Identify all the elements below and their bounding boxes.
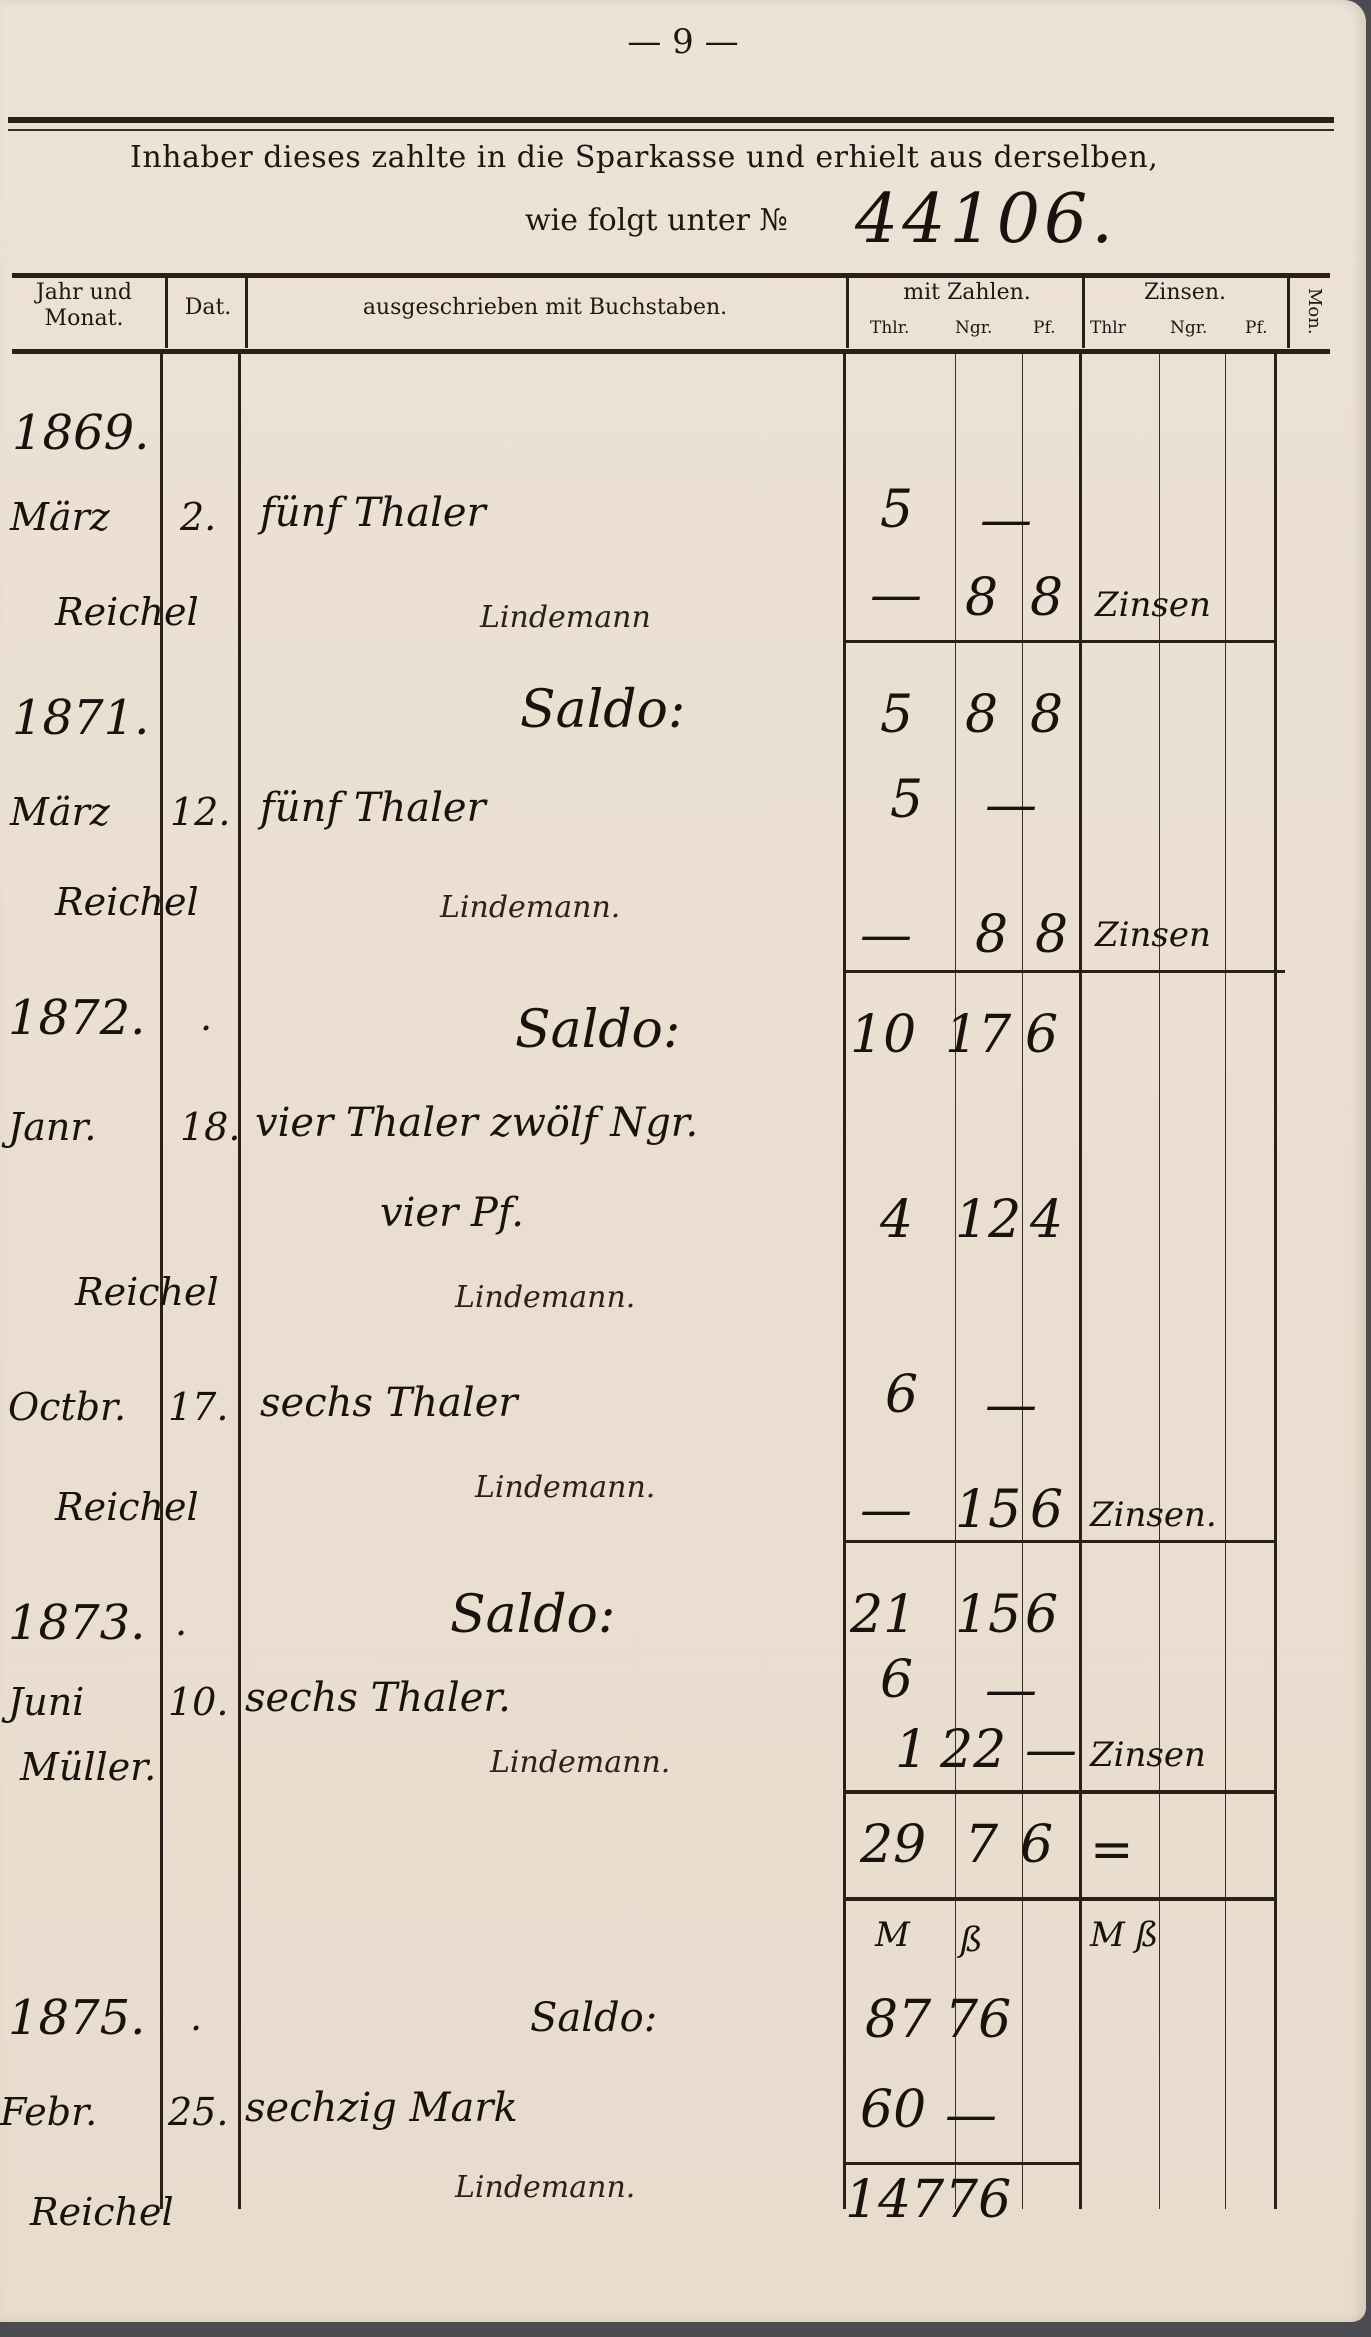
entry-thlr: 5	[880, 480, 913, 540]
top-rule-thick	[8, 117, 1334, 123]
entry-pf: 6	[1020, 1815, 1053, 1875]
page-number: — 9 —	[0, 22, 1366, 62]
entry-thlr: 5	[880, 685, 913, 745]
entry-year: 1872.	[8, 990, 145, 1046]
entry-date: 10.	[168, 1680, 228, 1724]
entry-interest: Zinsen	[1090, 1735, 1206, 1775]
column-line-thlr	[843, 354, 846, 2209]
entry-signature-left: Müller.	[20, 1745, 156, 1789]
entry-signature-left: Reichel	[55, 880, 199, 924]
entry-ngr: 17	[945, 1005, 1011, 1065]
header-numbers: mit Zahlen.	[852, 280, 1082, 306]
column-line-pf	[1022, 354, 1023, 2209]
header-numbers-ngr: Ngr.	[955, 318, 992, 338]
entry-date: .	[200, 995, 212, 1039]
entry-signature-left: Reichel	[75, 1270, 219, 1314]
entry-interest: Zinsen.	[1090, 1495, 1217, 1535]
entry-year: 1873.	[8, 1595, 145, 1651]
entry-signature: Lindemann.	[490, 1745, 670, 1780]
top-rule-thin	[8, 129, 1334, 131]
header-rule-bottom	[12, 349, 1330, 354]
header-date: Dat.	[170, 295, 246, 321]
entry-saldo-label: Saldo:	[515, 1000, 680, 1060]
entry-signature: Lindemann.	[440, 890, 620, 925]
entry-month: März	[10, 790, 110, 834]
entry-pf: 8	[1030, 568, 1063, 628]
sum-rule	[845, 640, 1275, 643]
entry-text: fünf Thaler	[260, 785, 486, 831]
entry-date: 12.	[170, 790, 230, 834]
entry-signature-left: Reichel	[30, 2190, 174, 2234]
entry-date: 18.	[180, 1105, 240, 1149]
entry-ngr: 76	[945, 2170, 1011, 2230]
entry-thlr: 147	[845, 2170, 944, 2230]
entry-pf: —	[1025, 1720, 1077, 1780]
entry-ngr: 76	[945, 1990, 1011, 2050]
entry-thlr: 29	[860, 1815, 926, 1875]
header-rule-top	[12, 273, 1330, 278]
entry-date: 17.	[168, 1385, 228, 1429]
column-line-interest	[1079, 354, 1082, 2209]
entry-ngr: 12	[955, 1190, 1021, 1250]
intro-text-line-1: Inhaber dieses zahlte in die Sparkasse u…	[130, 140, 1158, 175]
entry-thlr: —	[860, 1480, 912, 1540]
entry-pf: 6	[1025, 1585, 1058, 1645]
sum-rule	[845, 2162, 1080, 2165]
entry-ngr: —	[980, 490, 1032, 550]
header-month: Mon.	[1304, 288, 1325, 335]
entry-year: 1871.	[12, 690, 149, 746]
header-interest-thlr: Thlr	[1090, 318, 1126, 338]
header-interest-ngr: Ngr.	[1170, 318, 1207, 338]
entry-date: 2.	[180, 495, 216, 539]
sum-rule	[845, 1897, 1275, 1901]
entry-thlr: 21	[850, 1585, 916, 1645]
entry-interest: Zinsen	[1095, 915, 1211, 955]
entry-year: 1869.	[12, 405, 149, 461]
entry-ngr: 15	[955, 1480, 1021, 1540]
entry-pf: 4	[1030, 1190, 1063, 1250]
entry-ngr: 8	[965, 568, 998, 628]
entry-pf: 6	[1030, 1480, 1063, 1540]
entry-ngr: 8	[975, 905, 1008, 965]
header-year-month: Jahr und Monat.	[8, 280, 160, 332]
header-divider	[1082, 278, 1085, 348]
entry-pf: 8	[1035, 905, 1068, 965]
entry-signature: Lindemann.	[455, 1280, 635, 1315]
currency-pfennig-label: ß	[960, 1920, 983, 1960]
entry-month: März	[10, 495, 110, 539]
interest-currency-labels: M ß	[1090, 1915, 1158, 1955]
sum-rule	[845, 1540, 1275, 1543]
entry-month: Juni	[8, 1680, 84, 1724]
entry-thlr: 6	[885, 1365, 918, 1425]
entry-year: 1875.	[8, 1990, 145, 2046]
account-number: 44106.	[855, 180, 1117, 259]
entry-date: 25.	[168, 2090, 228, 2134]
entry-interest: Zinsen	[1095, 585, 1211, 625]
entry-thlr: —	[870, 565, 922, 625]
currency-mark-label: M	[875, 1915, 910, 1955]
entry-text: sechs Thaler.	[245, 1675, 511, 1721]
entry-ngr: —	[985, 1660, 1037, 1720]
entry-thlr: 6	[880, 1650, 913, 1710]
header-written: ausgeschrieben mit Buchstaben.	[250, 295, 840, 321]
header-numbers-pf: Pf.	[1033, 318, 1056, 338]
column-line-ngr	[955, 354, 956, 2209]
intro-text-line-2: wie folgt unter №	[525, 203, 788, 238]
entry-interest: =	[1090, 1820, 1134, 1880]
entry-text: vier Thaler zwölf Ngr.	[255, 1100, 698, 1146]
entry-ngr: —	[945, 2085, 997, 2145]
entry-thlr: 4	[880, 1190, 913, 1250]
entry-text: vier Pf.	[380, 1190, 524, 1236]
entry-text: sechzig Mark	[245, 2085, 518, 2131]
entry-thlr: 5	[890, 770, 923, 830]
passbook-page: — 9 — Inhaber dieses zahlte in die Spark…	[0, 0, 1366, 2322]
entry-text: sechs Thaler	[260, 1380, 517, 1426]
header-interest: Zinsen.	[1085, 280, 1285, 306]
entry-ngr: 22	[940, 1720, 1006, 1780]
entry-signature: Lindemann.	[475, 1470, 655, 1505]
entry-thlr: 87	[865, 1990, 931, 2050]
column-line-interest-ngr	[1159, 354, 1160, 2209]
entry-ngr: 7	[965, 1815, 998, 1875]
entry-thlr: 60	[860, 2080, 926, 2140]
entry-month: Janr.	[8, 1105, 96, 1149]
header-interest-pf: Pf.	[1245, 318, 1268, 338]
entry-date: .	[190, 1995, 202, 2039]
entry-pf: 8	[1030, 685, 1063, 745]
entry-signature: Lindemann	[480, 600, 651, 635]
entry-pf: 6	[1025, 1005, 1058, 1065]
entry-ngr: 15	[955, 1585, 1021, 1645]
entry-month: Octbr.	[8, 1385, 126, 1429]
sum-rule	[845, 970, 1285, 973]
column-line-interest-pf	[1225, 354, 1226, 2209]
header-divider	[245, 278, 248, 348]
column-line-month	[1274, 354, 1277, 2209]
entry-ngr: —	[985, 1375, 1037, 1435]
header-numbers-thlr: Thlr.	[870, 318, 909, 338]
entry-ngr: —	[985, 775, 1037, 835]
entry-saldo-label: Saldo:	[450, 1585, 615, 1645]
header-divider	[1287, 278, 1290, 348]
entry-month: Febr.	[0, 2090, 97, 2134]
column-line-text	[238, 354, 241, 2209]
entry-thlr: —	[860, 905, 912, 965]
entry-thlr: 1	[895, 1720, 928, 1780]
entry-saldo-label: Saldo:	[520, 680, 685, 740]
header-divider	[165, 278, 168, 348]
entry-signature-left: Reichel	[55, 1485, 199, 1529]
entry-thlr: 10	[850, 1005, 916, 1065]
entry-signature: Lindemann.	[455, 2170, 635, 2205]
entry-date: .	[175, 1600, 187, 1644]
entry-signature-left: Reichel	[55, 590, 199, 634]
header-divider	[846, 278, 849, 348]
sum-rule	[845, 1790, 1275, 1794]
entry-ngr: 8	[965, 685, 998, 745]
entry-text: fünf Thaler	[260, 490, 486, 536]
entry-saldo-label: Saldo:	[530, 1995, 657, 2041]
